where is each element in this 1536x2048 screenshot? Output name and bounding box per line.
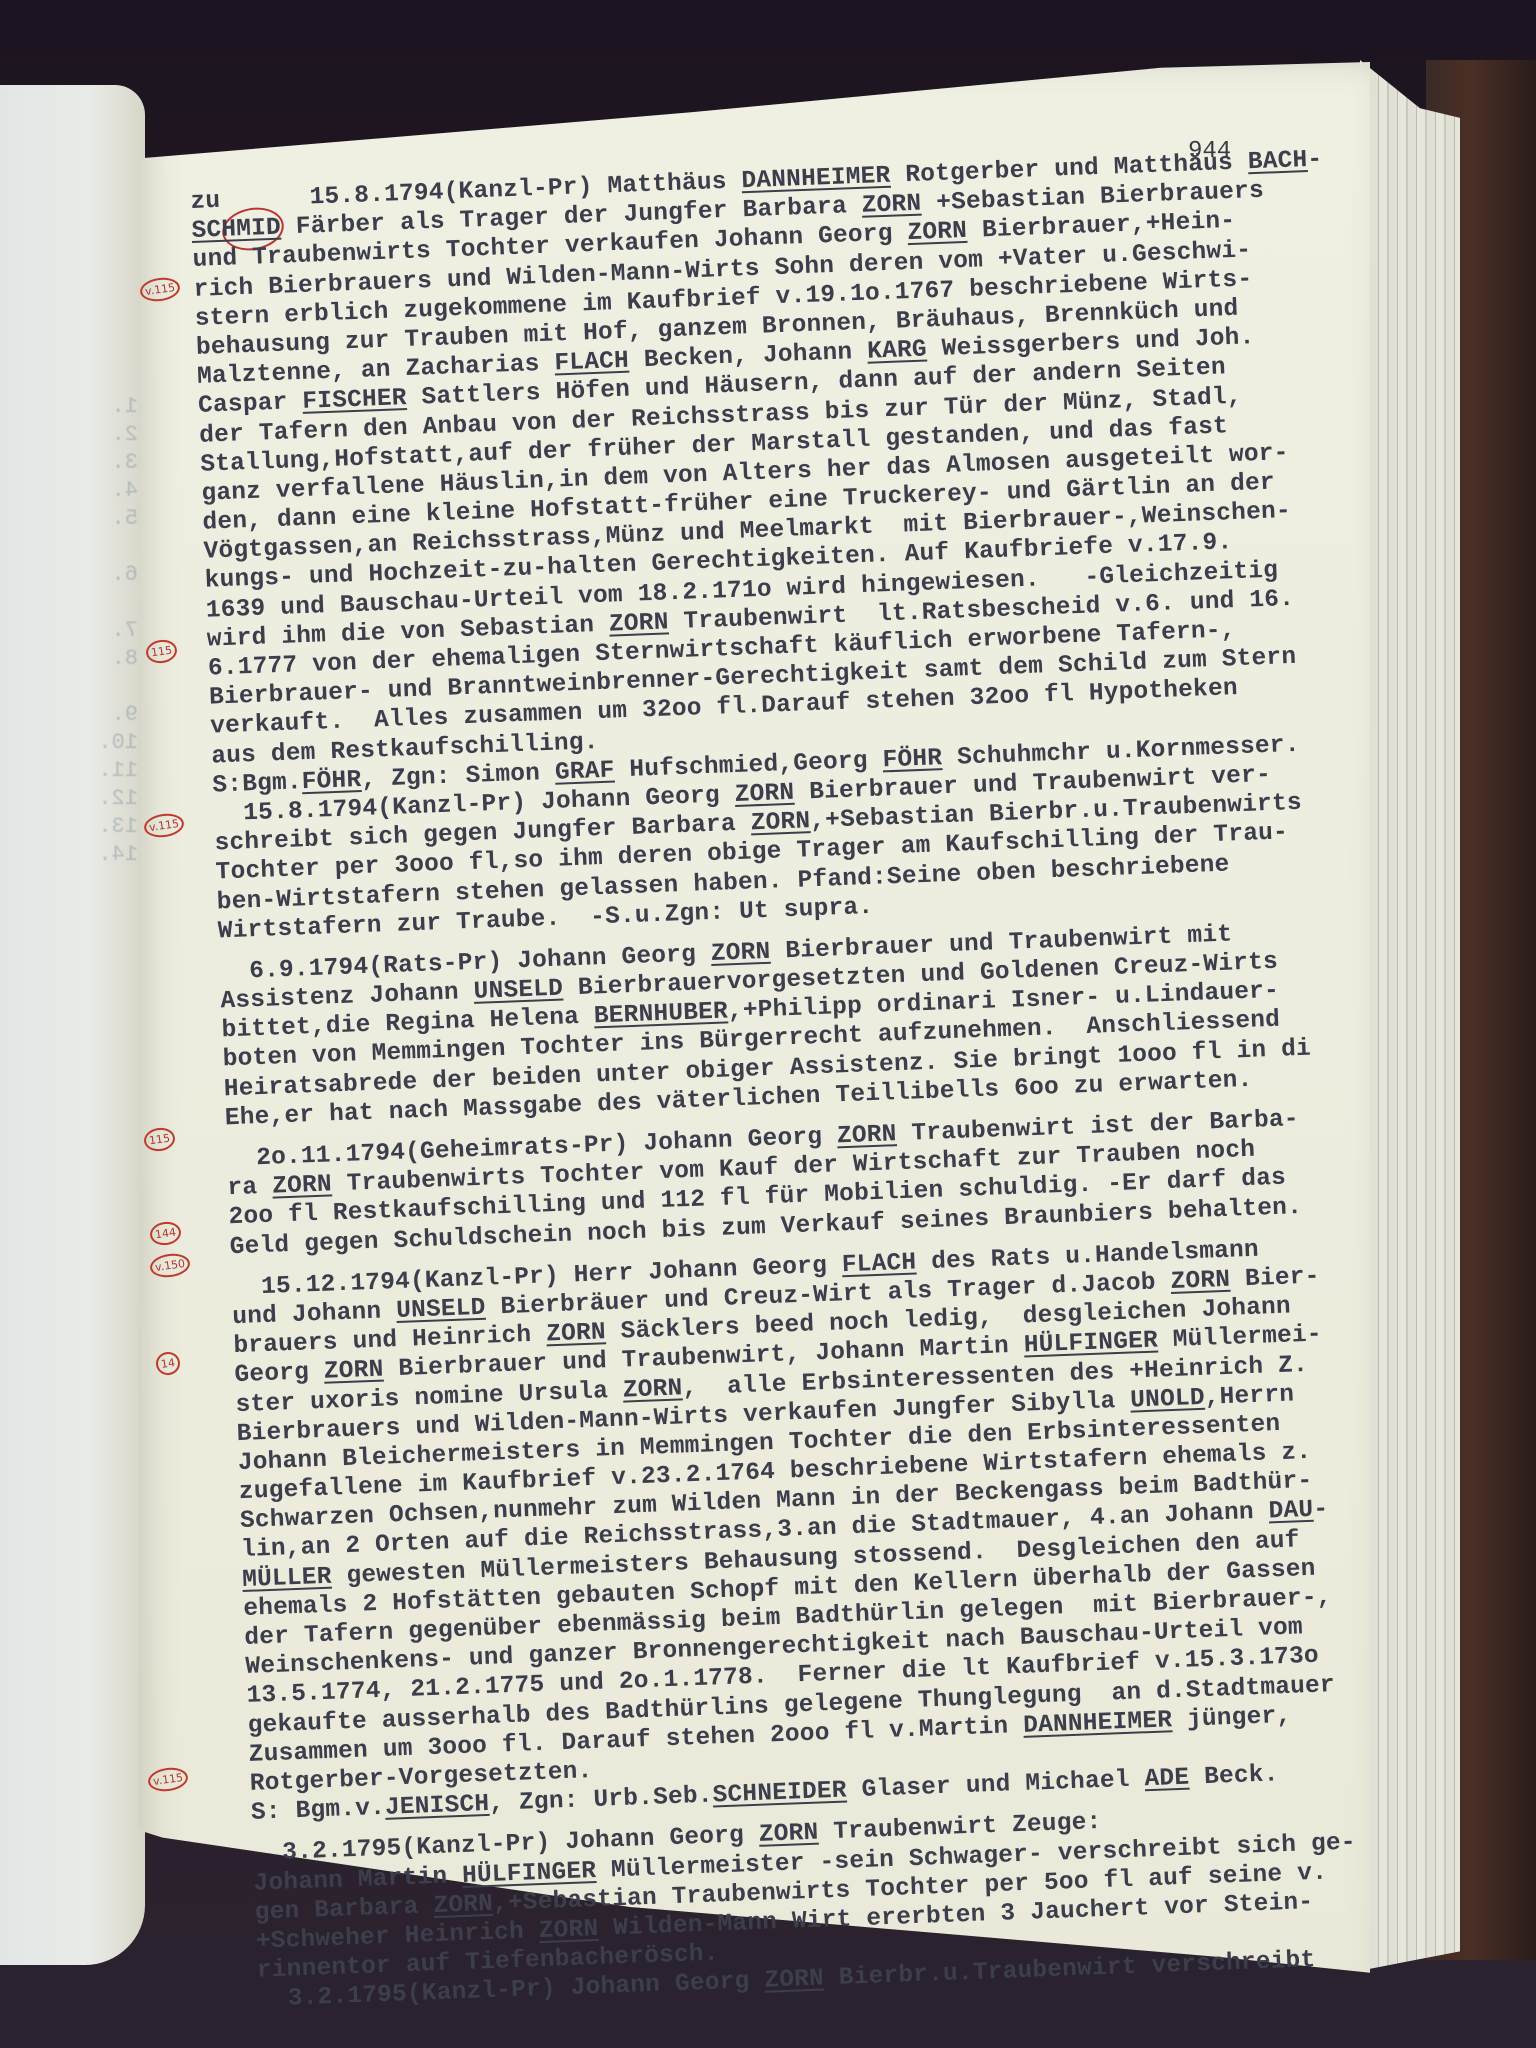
left-page-bleedthrough-text: 1. 2. 3. 4. 5. 6. 7. 8. 9. 10. 11. 12. 1… xyxy=(8,85,138,869)
left-page: 1. 2. 3. 4. 5. 6. 7. 8. 9. 10. 11. 12. 1… xyxy=(0,85,145,1965)
ledger-entry: 15.12.1794(Kanzl-Pr) Herr Johann Georg F… xyxy=(231,1230,1431,1828)
document-body: zu 15.8.1794(Kanzl-Pr) Matthäus DANNHEIM… xyxy=(190,144,1438,2015)
ledger-entry: zu 15.8.1794(Kanzl-Pr) Matthäus DANNHEIM… xyxy=(190,144,1392,801)
